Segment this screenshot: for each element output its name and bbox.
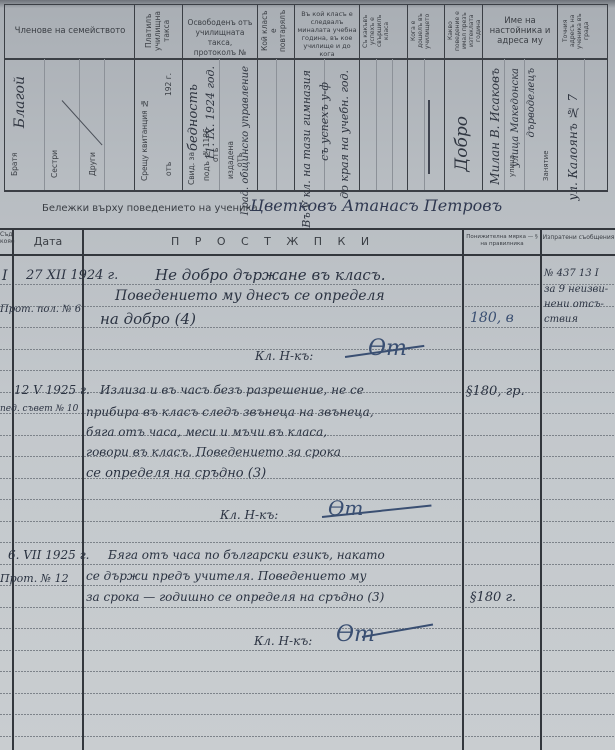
header-school-fee-paid: Платилъ училищна такса (144, 8, 174, 54)
guardian-value: Милан В. Исаковъ (488, 68, 502, 185)
header-when-enrolled: Кога е дошелъ въ училището (410, 8, 442, 54)
student-register-table: Членове на семейството Платилъ училищна … (4, 4, 608, 194)
behavior-value: Добро (452, 116, 472, 172)
entry-text-line: се държи предъ учителя. Поведението му (86, 569, 366, 583)
ruled-line (0, 671, 615, 672)
header-offences: П Р О С Т Ж П К И (84, 235, 462, 248)
header-class-year-school: Въ кой класъ е следвалъ миналата учебна … (296, 10, 358, 58)
header-family-members: Членове на семейството (8, 26, 132, 36)
entry-teacher: Кл. Н-къ: (255, 349, 313, 363)
sisters-label: Сестри (50, 144, 62, 184)
entry-measure: 180, в (470, 310, 514, 326)
entry-date: 6. VII 1925 г. (8, 548, 89, 562)
header-success: Съ какъвъ успехъ е свършилъ класа (362, 8, 404, 54)
ruled-line (0, 542, 615, 543)
ruled-line (0, 585, 615, 586)
behavior-notes-table: Съд. кояе Дата П Р О С Т Ж П К И Понижит… (0, 228, 615, 750)
guardian-occupation-label: Занятие (542, 144, 554, 188)
entry-text-line: говори въ класъ. Поведението за срока (86, 445, 341, 459)
issued-label: издадена отъ (226, 134, 238, 186)
ruled-line (0, 284, 615, 285)
entry-measure: §180, гр. (466, 384, 525, 399)
entry-text-line: Бяга отъ часа по български езикъ, накато (108, 548, 385, 562)
entry-text-line: Не добро държане въ класъ. (155, 266, 386, 284)
brothers-value: Благой (12, 76, 28, 128)
issued-value: Град. общинско управление (240, 66, 251, 215)
entry-text-line: бяга отъ часа, меси и мъчи въ класа, (86, 425, 327, 439)
entry-teacher: Кл. Н-къ: (254, 634, 312, 648)
brothers-label: Братя (10, 144, 22, 184)
entry-protocol: Прот. пол. № 6 (0, 304, 81, 315)
ruled-line (0, 714, 615, 715)
ruled-line (0, 693, 615, 694)
empty-dash (428, 100, 430, 174)
entry-date: 12 V 1925 г. (14, 383, 90, 397)
entry-date: 27 XII 1924 г. (26, 268, 118, 283)
header-which-class: Кой класъ е повтарялъ (260, 8, 290, 54)
spacer (228, 206, 238, 207)
entry-text-line: Излиза и въ часъ безъ разрешение, не се (100, 383, 364, 397)
header-messages-sent: Изпратени съобщения (542, 234, 615, 241)
receipt-from: отъ (164, 154, 176, 184)
header-behavior: Какво поведение е имал презъ изтеклата г… (447, 8, 479, 54)
teacher-signature: Ѳт (328, 496, 363, 520)
entry-teacher: Кл. Н-къ: (220, 508, 278, 522)
entry-protocol: пед. съвет № 10 (0, 404, 78, 414)
others-label: Други (88, 144, 100, 184)
ruled-line (0, 736, 615, 737)
receipt-label: Срещу квитанция № (140, 94, 152, 186)
entry-text-line: се определя на сръдно (3) (86, 466, 266, 481)
prev-success: съ успехъ у-ф (318, 82, 331, 161)
ruled-line (0, 499, 615, 500)
header-date: Дата (14, 235, 82, 248)
header-exempt-fee: Освободенъ отъ училищната такса, протоко… (186, 18, 254, 58)
entry-text-line: Поведението му днесъ се определя (115, 288, 385, 304)
receipt-year: 192 г. (164, 64, 176, 104)
entry-message-line: № 437 13 I (544, 268, 599, 279)
guardian-occupation: дърводелецъ (526, 68, 537, 137)
entry-message-line: ствия (544, 314, 578, 325)
address-value: ул. Калоянъ № 7 (566, 94, 580, 201)
entry-numeral: I (2, 268, 8, 284)
entry-measure: §180 г. (470, 590, 516, 605)
ruled-line (0, 370, 615, 371)
entry-message-line: нени отсъ- (544, 299, 604, 310)
student-name: Цветковъ Атанасъ Петровъ (250, 196, 502, 215)
sisters-strike-line (62, 100, 103, 145)
entry-message-line: за 9 неизви- (544, 284, 608, 295)
ruled-line (0, 628, 615, 629)
header-exact-address: Точния адресъ на ученика въ града (562, 8, 604, 54)
ruled-line (0, 327, 615, 328)
header-reduction-measure: Понижителна мярка — § на правилника (464, 234, 540, 248)
notes-title: Бележки върху поведението на ученика (42, 203, 258, 214)
certificate-value: бедность (186, 84, 201, 151)
register-page: Членове на семейството Платилъ училищна … (0, 0, 615, 750)
ruled-line (0, 607, 615, 608)
entry-text-line: за срока — годишно се определя на сръдно… (86, 590, 384, 604)
ruled-line (0, 564, 615, 565)
certificate-label: Свид. за (187, 149, 199, 187)
guardian-street: улица Македонска (510, 68, 521, 167)
entry-text-line: на добро (4) (100, 310, 196, 328)
ruled-line (0, 521, 615, 522)
prev-until: до края на учебн. год. (338, 70, 351, 199)
header-guardian: Име на настойника и адреса му (486, 16, 554, 46)
entry-text-line: прибира въ класъ следъ звънеца на звънец… (86, 405, 374, 419)
header-protocol: Съд. кояе (0, 231, 12, 245)
entry-protocol: Прот. № 12 (0, 572, 69, 585)
protocol-date: 11. IX. 1924 год. (204, 66, 217, 160)
ruled-line (0, 306, 615, 307)
ruled-line (0, 650, 615, 651)
